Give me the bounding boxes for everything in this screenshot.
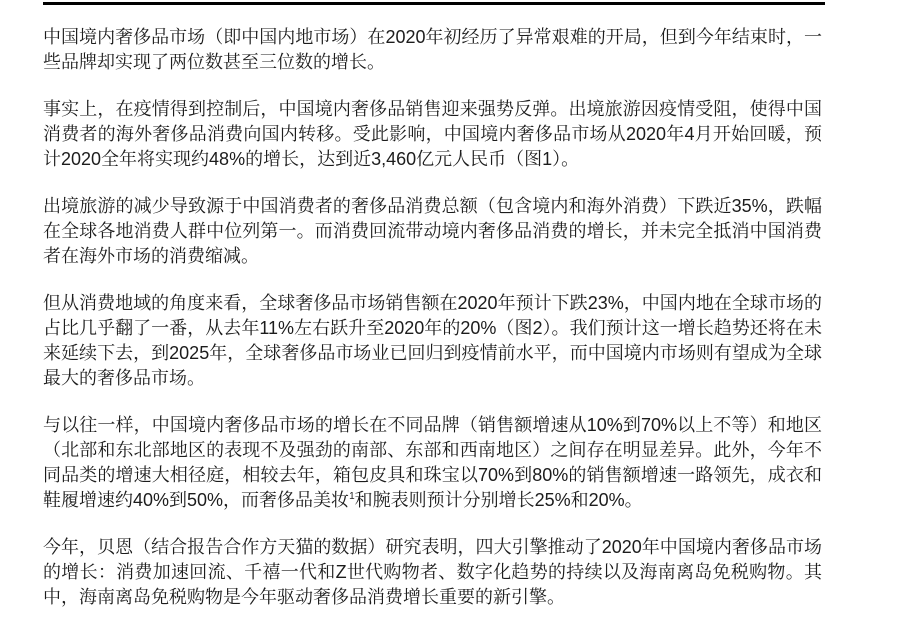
paragraph-text: 中国境内奢侈品市场（即中国内地市场）在2020年初经历了异常艰难的开局，但到今年… [43, 27, 822, 72]
paragraph: 中国境内奢侈品市场（即中国内地市场）在2020年初经历了异常艰难的开局，但到今年… [43, 25, 822, 75]
paragraph: 但从消费地域的角度来看，全球奢侈品市场销售额在2020年预计下跌23%，中国内地… [43, 291, 822, 391]
article-body: 中国境内奢侈品市场（即中国内地市场）在2020年初经历了异常艰难的开局，但到今年… [43, 25, 822, 610]
document-page: 中国境内奢侈品市场（即中国内地市场）在2020年初经历了异常艰难的开局，但到今年… [0, 0, 912, 631]
top-rule [43, 2, 825, 5]
paragraph-text: 出境旅游的减少导致源于中国消费者的奢侈品消费总额（包含境内和海外消费）下跌近35… [43, 196, 822, 266]
paragraph-text: 和腕表则预计分别增长25%和20%。 [355, 490, 643, 510]
paragraph-text: 今年，贝恩（结合报告合作方天猫的数据）研究表明，四大引擎推动了2020年中国境内… [43, 537, 822, 607]
paragraph-text: 事实上，在疫情得到控制后，中国境内奢侈品销售迎来强势反弹。出境旅游因疫情受阻，使… [43, 99, 822, 169]
paragraph: 今年，贝恩（结合报告合作方天猫的数据）研究表明，四大引擎推动了2020年中国境内… [43, 535, 822, 610]
paragraph: 出境旅游的减少导致源于中国消费者的奢侈品消费总额（包含境内和海外消费）下跌近35… [43, 194, 822, 269]
paragraph: 与以往一样，中国境内奢侈品市场的增长在不同品牌（销售额增速从10%到70%以上不… [43, 413, 822, 513]
paragraph: 事实上，在疫情得到控制后，中国境内奢侈品销售迎来强势反弹。出境旅游因疫情受阻，使… [43, 97, 822, 172]
paragraph-text: 但从消费地域的角度来看，全球奢侈品市场销售额在2020年预计下跌23%，中国内地… [43, 293, 822, 388]
